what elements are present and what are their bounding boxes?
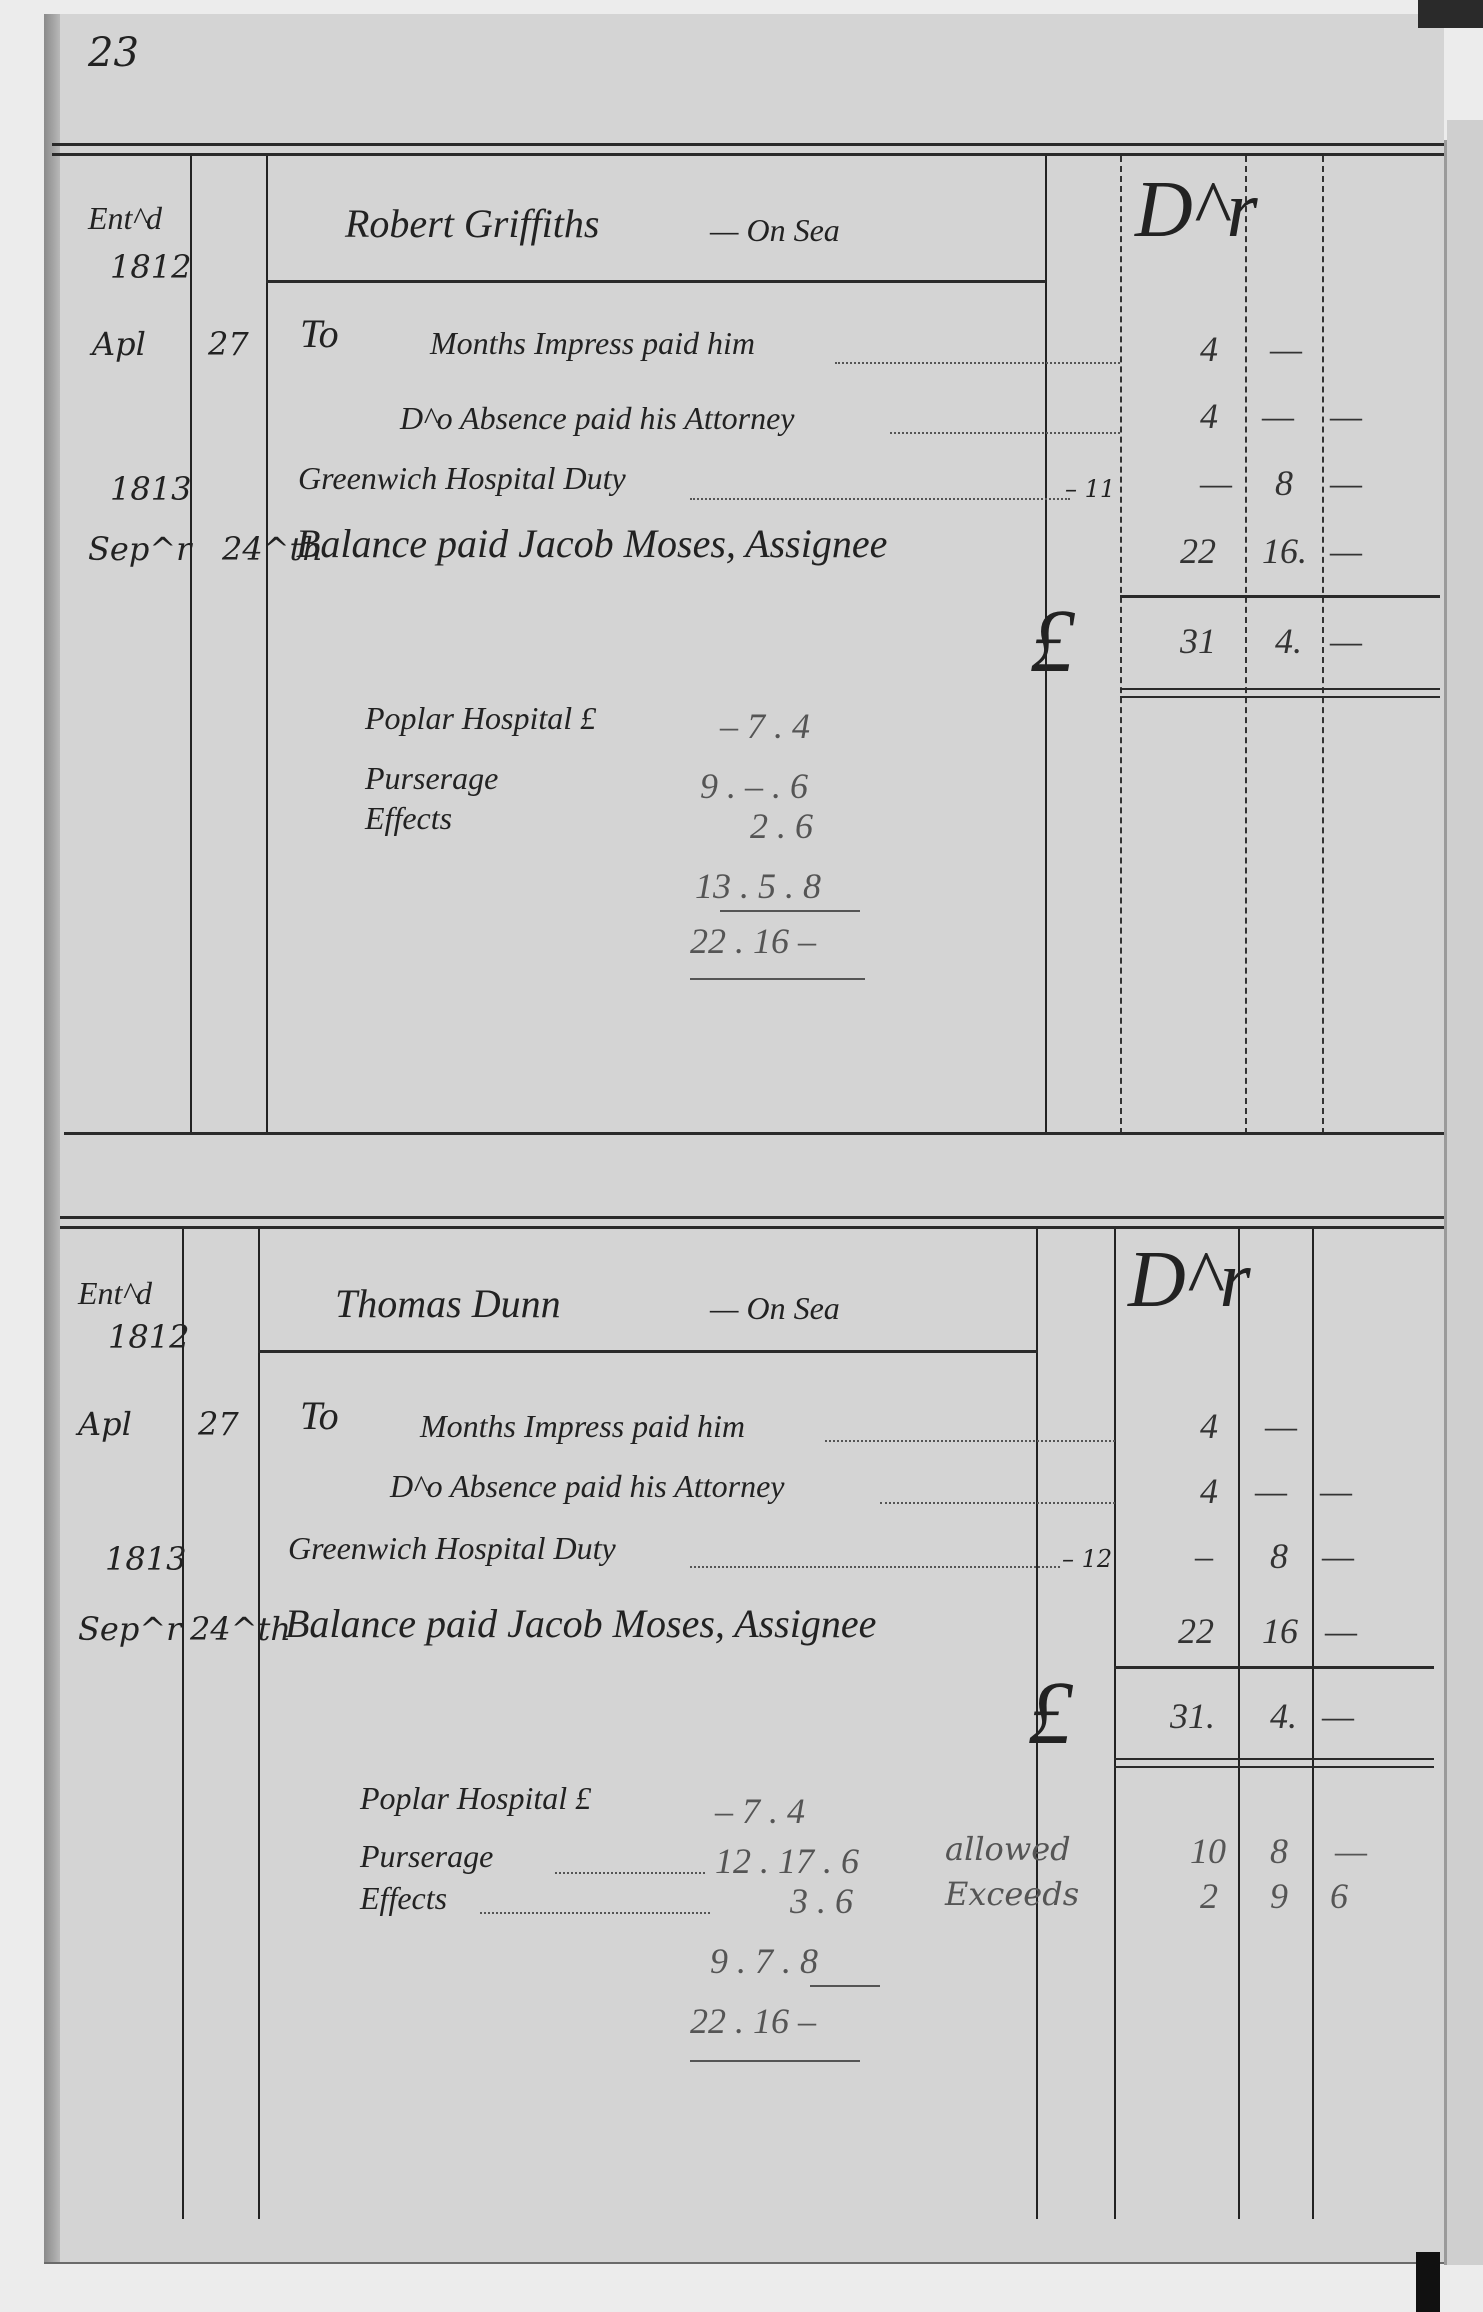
memo-subtotal: 13 . 5 . 8 — [695, 865, 821, 907]
memo-rule — [810, 1985, 880, 1987]
amount-pounds: — — [1200, 462, 1232, 504]
book-spine — [44, 14, 60, 2262]
memo-subtotal: 9 . 7 . 8 — [710, 1940, 818, 1982]
total-pounds: 31. — [1170, 1695, 1215, 1737]
line-month: Sep^r — [88, 530, 191, 568]
double-rule — [52, 153, 1444, 156]
amount-shillings: 16 — [1262, 1610, 1298, 1652]
amount-shillings: — — [1262, 395, 1294, 437]
side-note-pence: 6 — [1330, 1875, 1348, 1917]
memo-label: Purserage — [360, 1838, 493, 1875]
memo-value: 2 . 6 — [750, 805, 813, 847]
leader-dots — [825, 1440, 1115, 1442]
amount-pounds: 4 — [1200, 1405, 1218, 1447]
subtotal-rule — [1114, 1666, 1434, 1669]
account-status: — On Sea — [710, 1290, 840, 1327]
line-description: D^o Absence paid his Attorney — [390, 1468, 784, 1505]
memo-total: 22 . 16 – — [690, 2000, 816, 2042]
amount-shillings: 8 — [1270, 1535, 1288, 1577]
line-prefix: To — [300, 1392, 339, 1439]
line-description: Greenwich Hospital Duty — [288, 1530, 616, 1567]
debit-heading: D^r — [1135, 165, 1258, 256]
page-fold — [1444, 140, 1447, 2265]
leader-dots — [690, 498, 1070, 500]
side-note-shillings: 9 — [1270, 1875, 1288, 1917]
memo-label: Poplar Hospital £ — [365, 700, 596, 737]
column-rule — [190, 156, 192, 1134]
line-day: 24^th — [190, 1610, 291, 1648]
debit-heading: D^r — [1128, 1235, 1251, 1326]
account-name: Robert Griffiths — [345, 200, 599, 247]
entry-bottom-rule — [64, 1132, 1444, 1135]
total-double-rule — [1114, 1766, 1434, 1768]
background-corner — [1416, 2252, 1440, 2312]
column-rule — [1312, 1229, 1314, 2219]
double-rule — [52, 143, 1444, 146]
total-pence: — — [1330, 620, 1362, 662]
total-pounds: 31 — [1180, 620, 1216, 662]
total-double-rule — [1120, 696, 1440, 698]
line-description: Months Impress paid him — [420, 1408, 745, 1445]
line-description: Greenwich Hospital Duty — [298, 460, 626, 497]
line-day: 27 — [198, 1405, 239, 1443]
entered-year: 1812 — [110, 248, 191, 286]
line-month: Sep^r — [78, 1610, 181, 1648]
column-rule — [1120, 156, 1122, 1134]
amount-pounds: 22 — [1180, 530, 1216, 572]
side-note-pounds: 10 — [1190, 1830, 1226, 1872]
amount-pounds: 4 — [1200, 328, 1218, 370]
account-name: Thomas Dunn — [335, 1280, 561, 1327]
line-year: 1813 — [110, 470, 191, 508]
line-description: Months Impress paid him — [430, 325, 755, 362]
memo-label: Purserage — [365, 760, 498, 797]
total-shillings: 4. — [1270, 1695, 1297, 1737]
name-underline — [266, 280, 1046, 283]
leader-dots — [890, 432, 1120, 434]
line-description: Balance paid Jacob Moses, Assignee — [296, 520, 887, 567]
amount-pence: — — [1330, 395, 1362, 437]
total-shillings: 4. — [1275, 620, 1302, 662]
line-day: 27 — [208, 325, 249, 363]
name-underline — [258, 1350, 1038, 1353]
entered-label: Ent^d — [78, 1275, 152, 1312]
memo-value: 12 . 17 . 6 — [715, 1840, 859, 1882]
memo-total: 22 . 16 – — [690, 920, 816, 962]
column-rule — [258, 1229, 260, 2219]
column-rule — [1245, 156, 1247, 1134]
line-prefix: To — [300, 310, 339, 357]
double-rule — [60, 1226, 1444, 1229]
leader-dots — [480, 1912, 710, 1914]
amount-shillings: — — [1255, 1470, 1287, 1512]
line-description: Balance paid Jacob Moses, Assignee — [285, 1600, 876, 1647]
line-year: 1813 — [105, 1540, 186, 1578]
amount-pounds: – — [1195, 1535, 1213, 1577]
background-corner — [1418, 0, 1483, 28]
side-note-label: Exceeds — [945, 1875, 1079, 1913]
line-aside: – 11 — [1065, 475, 1115, 503]
side-note-pounds: 2 — [1200, 1875, 1218, 1917]
total-pence: — — [1322, 1695, 1354, 1737]
memo-value: 3 . 6 — [790, 1880, 853, 1922]
amount-shillings: — — [1270, 328, 1302, 370]
memo-rule — [690, 978, 865, 980]
line-month: Apl — [78, 1405, 132, 1443]
column-rule — [1114, 1229, 1116, 2219]
line-aside: – 12 — [1062, 1545, 1112, 1573]
amount-pence: — — [1325, 1610, 1357, 1652]
column-rule — [266, 156, 268, 1134]
memo-rule — [690, 2060, 860, 2062]
memo-value: – 7 . 4 — [715, 1790, 805, 1832]
subtotal-rule — [1120, 595, 1440, 598]
leader-dots — [690, 1566, 1060, 1568]
memo-rule — [720, 910, 860, 912]
leader-dots — [835, 362, 1120, 364]
amount-pence: — — [1322, 1535, 1354, 1577]
memo-value: – 7 . 4 — [720, 705, 810, 747]
memo-label: Effects — [365, 800, 452, 837]
total-double-rule — [1120, 688, 1440, 690]
amount-pounds: 4 — [1200, 1470, 1218, 1512]
amount-pounds: 4 — [1200, 395, 1218, 437]
entered-label: Ent^d — [88, 200, 162, 237]
account-status: — On Sea — [710, 212, 840, 249]
column-rule — [1322, 156, 1324, 1134]
pound-sign: £ — [1028, 1662, 1073, 1765]
column-rule — [182, 1229, 184, 2219]
column-rule — [1238, 1229, 1240, 2219]
amount-pounds: 22 — [1178, 1610, 1214, 1652]
memo-label: Effects — [360, 1880, 447, 1917]
amount-shillings: 16. — [1262, 530, 1307, 572]
line-description: D^o Absence paid his Attorney — [400, 400, 794, 437]
side-note-shillings: 8 — [1270, 1830, 1288, 1872]
pound-sign: £ — [1030, 590, 1075, 693]
amount-pence: — — [1320, 1470, 1352, 1512]
leader-dots — [555, 1872, 705, 1874]
line-month: Apl — [92, 325, 146, 363]
total-double-rule — [1114, 1758, 1434, 1760]
adjacent-page-edge — [1447, 120, 1483, 2265]
amount-shillings: — — [1265, 1405, 1297, 1447]
double-rule — [60, 1216, 1444, 1219]
folio-number: 23 — [88, 30, 139, 76]
side-note-pence: — — [1335, 1830, 1367, 1872]
leader-dots — [880, 1502, 1115, 1504]
amount-shillings: 8 — [1275, 462, 1293, 504]
entered-year: 1812 — [108, 1318, 189, 1356]
side-note-label: allowed — [945, 1830, 1071, 1868]
memo-value: 9 . – . 6 — [700, 765, 808, 807]
amount-pence: — — [1330, 462, 1362, 504]
amount-pence: — — [1330, 530, 1362, 572]
memo-label: Poplar Hospital £ — [360, 1780, 591, 1817]
